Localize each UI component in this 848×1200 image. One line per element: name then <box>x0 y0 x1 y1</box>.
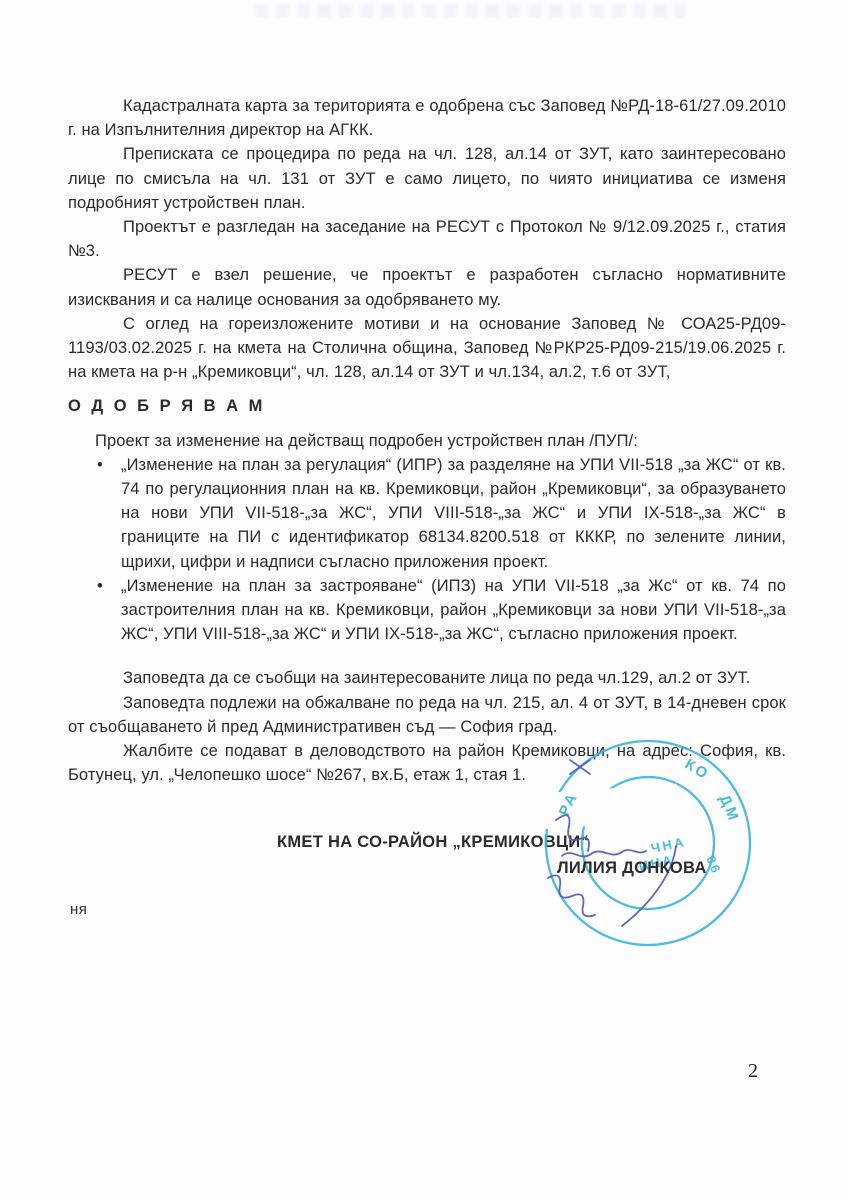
white-erase-band <box>518 784 679 832</box>
list-intro: Проект за изменение на действащ подробен… <box>95 429 786 453</box>
signature-name: ЛИЛИЯ ДОНКОВА <box>557 859 707 878</box>
margin-note: ня <box>70 901 87 918</box>
approval-heading: О Д О Б Р Я В А М <box>68 394 786 418</box>
paragraph: Преписката се процедира по реда на чл. 1… <box>68 142 786 215</box>
document-body: Кадастралната карта за територията е одо… <box>68 0 786 787</box>
scanned-document-page: Кадастралната карта за територията е одо… <box>0 0 848 1200</box>
paragraph: С оглед на гореизложените мотиви и на ос… <box>68 312 786 385</box>
paragraph: Заповедта да се съобщи на заинтересовани… <box>68 666 786 690</box>
paragraph: Кадастралната карта за територията е одо… <box>68 94 786 142</box>
page-number: 2 <box>748 1060 758 1083</box>
order-list: „Изменение на план за регулация“ (ИПР) з… <box>95 453 786 647</box>
round-stamp-icon: КО ДМ РА ЧНА ИНА 06 <box>518 728 772 972</box>
paragraph: Проектът е разгледан на заседание на РЕС… <box>68 215 786 263</box>
list-item: „Изменение на план за застрояване“ (ИПЗ)… <box>95 574 786 647</box>
paragraph: РЕСУТ е взел решение, че проектът е разр… <box>68 263 786 311</box>
round-stamp: КО ДМ РА ЧНА ИНА 06 <box>518 728 772 972</box>
list-item: „Изменение на план за регулация“ (ИПР) з… <box>95 453 786 574</box>
